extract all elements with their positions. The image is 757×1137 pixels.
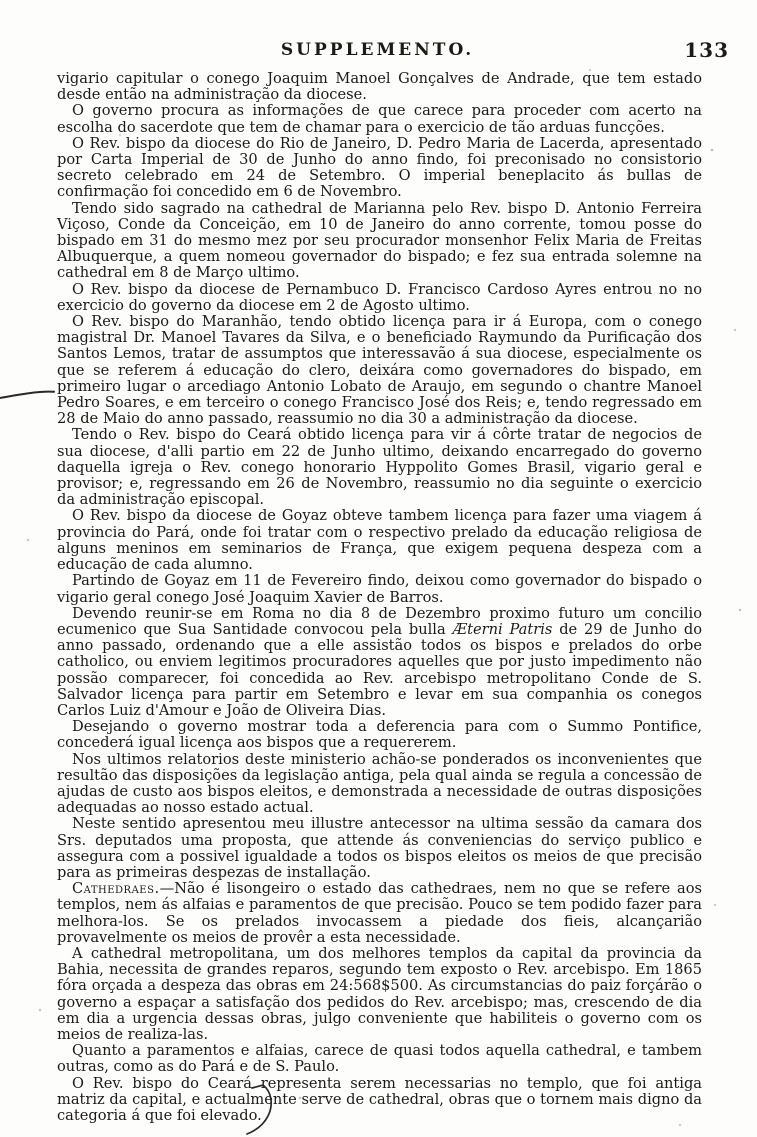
paragraph: Cathedraes.—Não é lisongeiro o estado da… <box>57 881 702 946</box>
paragraph: O Rev. bispo do Maranhão, tendo obtido l… <box>57 314 702 427</box>
text-segment: Quanto a paramentos e alfaias, carece de… <box>57 1042 702 1075</box>
text-segment: O governo procura as informações de que … <box>57 102 702 135</box>
paragraph: O Rev. bispo da diocese de Goyaz obteve … <box>57 508 702 573</box>
page-number: 133 <box>684 38 729 62</box>
text-segment-smallcaps: Cathedraes. <box>72 880 160 897</box>
paragraph: Nos ultimos relatorios deste ministerio … <box>57 752 702 817</box>
text-segment: O Rev. bispo do Ceará representa serem n… <box>57 1075 702 1124</box>
text-segment: A cathedral metropolitana, um dos melhor… <box>57 945 702 1043</box>
page-body: vigario capitular o conego Joaquim Manoe… <box>57 71 702 1124</box>
text-segment: O Rev. bispo da diocese de Goyaz obteve … <box>57 507 702 573</box>
paragraph: Tendo o Rev. bispo do Ceará obtido licen… <box>57 427 702 508</box>
document-page: SUPPLEMENTO. 133 vigario capitular o con… <box>0 0 757 1137</box>
text-segment: O Rev. bispo do Maranhão, tendo obtido l… <box>57 313 702 427</box>
text-segment: Tendo sido sagrado na cathedral de Maria… <box>57 200 702 282</box>
paragraph: Partindo de Goyaz em 11 de Fevereiro fin… <box>57 573 702 605</box>
paragraph: O Rev. bispo do Ceará representa serem n… <box>57 1076 702 1125</box>
page-header: SUPPLEMENTO. 133 <box>57 40 729 66</box>
text-segment: O Rev. bispo da diocese de Pernambuco D.… <box>57 281 702 314</box>
paragraph: vigario capitular o conego Joaquim Manoe… <box>57 71 702 103</box>
text-segment: Tendo o Rev. bispo do Ceará obtido licen… <box>57 426 702 508</box>
page-title: SUPPLEMENTO. <box>281 40 474 60</box>
text-segment: vigario capitular o conego Joaquim Manoe… <box>57 70 702 103</box>
text-segment: Partindo de Goyaz em 11 de Fevereiro fin… <box>57 572 702 605</box>
paragraph: Devendo reunir-se em Roma no dia 8 de De… <box>57 606 702 719</box>
text-segment: Neste sentido apresentou meu illustre an… <box>57 815 702 881</box>
paragraph: O Rev. bispo da diocese do Rio de Janeir… <box>57 136 702 201</box>
paragraph: Quanto a paramentos e alfaias, carece de… <box>57 1043 702 1075</box>
text-segment-italic: Æterni Patris <box>453 621 553 638</box>
paragraph: O governo procura as informações de que … <box>57 103 702 135</box>
text-segment: Nos ultimos relatorios deste ministerio … <box>57 751 702 817</box>
paragraph: Desejando o governo mostrar toda a defer… <box>57 719 702 751</box>
text-segment: Desejando o governo mostrar toda a defer… <box>57 718 702 751</box>
handwritten-dash-mark <box>0 384 62 408</box>
paragraph: A cathedral metropolitana, um dos melhor… <box>57 946 702 1043</box>
paragraph: O Rev. bispo da diocese de Pernambuco D.… <box>57 282 702 314</box>
paragraph: Tendo sido sagrado na cathedral de Maria… <box>57 201 702 282</box>
text-segment: O Rev. bispo da diocese do Rio de Janeir… <box>57 135 702 201</box>
paragraph: Neste sentido apresentou meu illustre an… <box>57 816 702 881</box>
